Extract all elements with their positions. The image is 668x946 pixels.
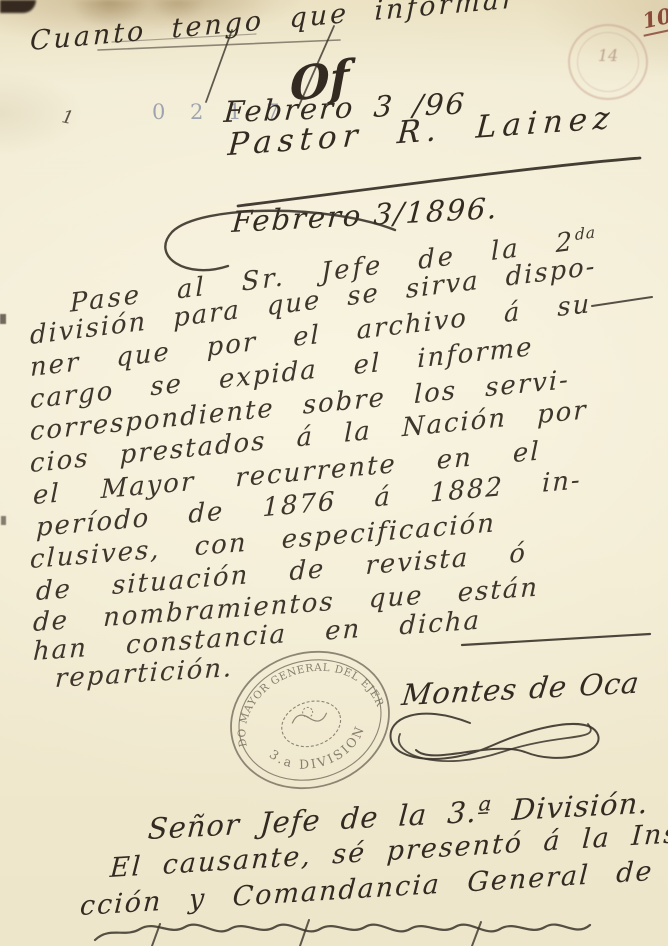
paragraph-end-dash: [462, 634, 650, 645]
signature-rubric-loops: [391, 714, 599, 759]
ordinal-underline: [592, 297, 652, 306]
annotation-strike-line: [98, 40, 340, 50]
signature-underline: [238, 158, 640, 206]
annotation-strike-line-2: [112, 34, 256, 42]
date-flourish: [165, 211, 395, 270]
clipped-ascender-2: [300, 920, 309, 946]
ink-strokes-overlay: [0, 0, 668, 946]
manuscript-page: 10 14 Cuanto tengo que informar 1 Of 0 2…: [0, 0, 668, 946]
clipped-bottom-line-strokes: [95, 925, 590, 940]
ascender-slash: [206, 30, 232, 102]
ascender-slash-2: [298, 26, 334, 108]
